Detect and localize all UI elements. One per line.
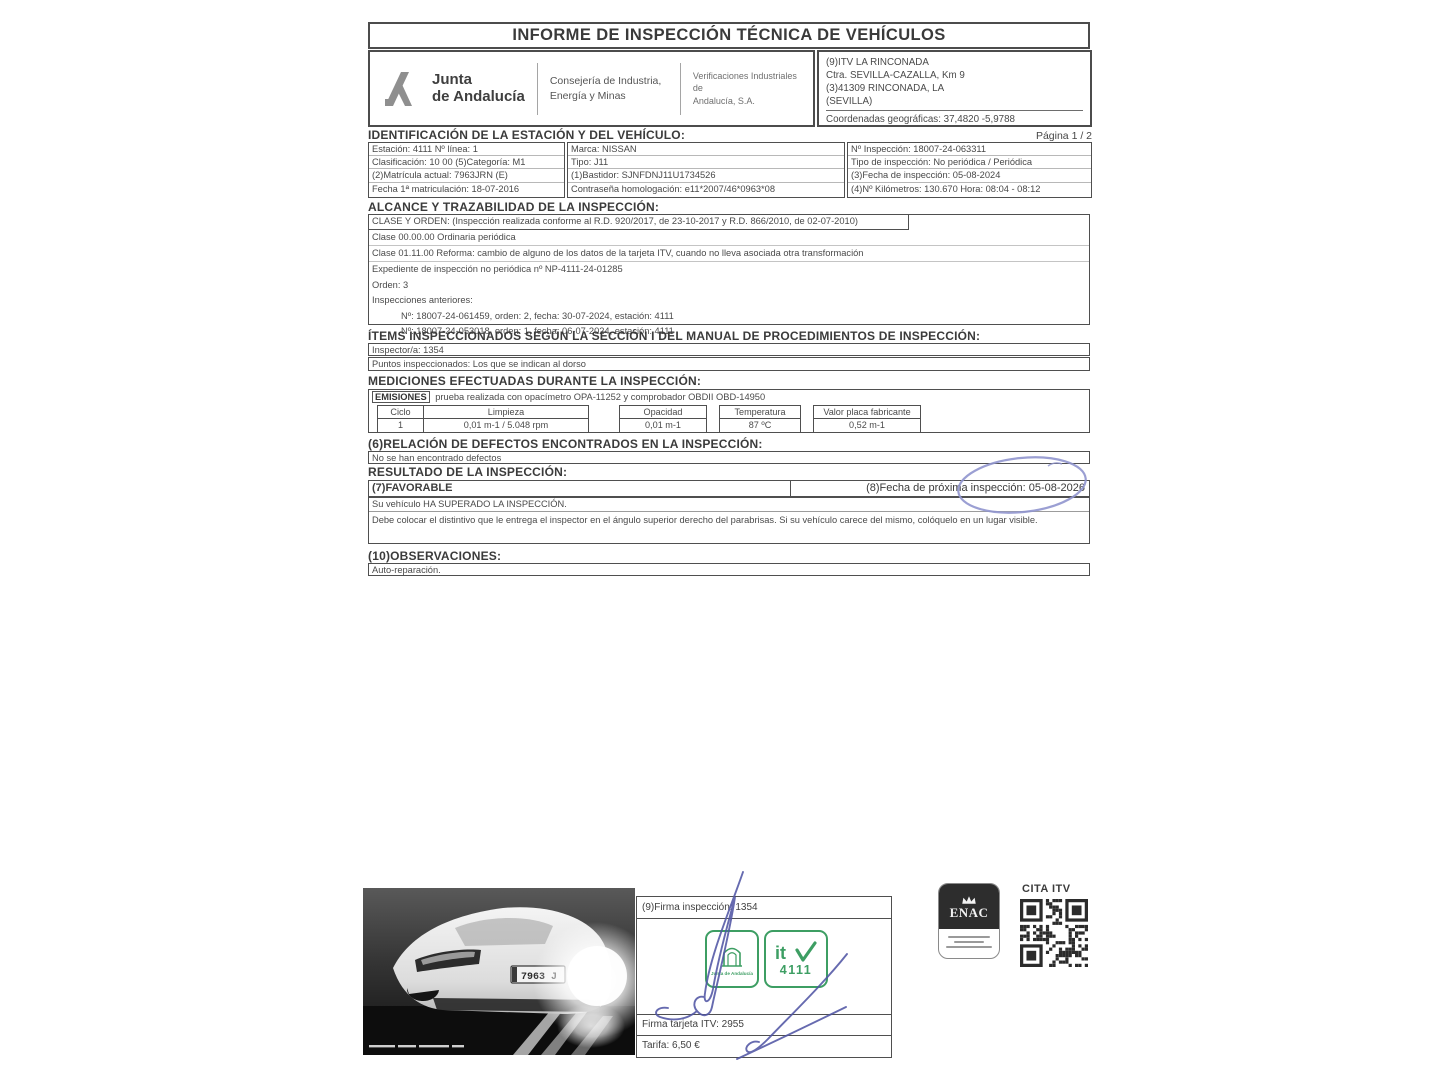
geo-coordinates: Coordenadas geográficas: 37,4820 -5,9788 bbox=[826, 110, 1083, 126]
id-cell: Tipo: J11 bbox=[568, 156, 844, 169]
checkmark-icon bbox=[797, 943, 815, 960]
stamp-station-number: 4111 bbox=[780, 964, 812, 977]
emissions-table: Ciclo Limpieza 1 0,01 m-1 / 5.048 rpm Op… bbox=[377, 405, 921, 433]
emission-header-cell: Opacidad bbox=[620, 406, 706, 418]
org-name: Junta de Andalucía bbox=[432, 72, 525, 106]
id-cell: (4)Nº Kilómetros: 130.670 Hora: 08:04 - … bbox=[848, 183, 1091, 196]
section-title-identificacion: IDENTIFICACIÓN DE LA ESTACIÓN Y DEL VEHÍ… bbox=[368, 128, 685, 142]
section-title-alcance: ALCANCE Y TRAZABILIDAD DE LA INSPECCIÓN: bbox=[368, 200, 659, 214]
defect-result: No se han encontrado defectos bbox=[372, 453, 501, 463]
inspector-box: Inspector/a: 1354 bbox=[368, 343, 1090, 356]
id-table-col-station: Estación: 4111 Nº línea: 1 Clasificación… bbox=[368, 142, 565, 198]
address-line-1: (9)ITV LA RINCONADA bbox=[826, 56, 1083, 69]
superado-line: Su vehículo HA SUPERADO LA INSPECCIÓN. bbox=[369, 498, 1089, 512]
resultado-row: (7)FAVORABLE (8)Fecha de próxima inspecc… bbox=[368, 480, 1090, 497]
enac-label: ENAC bbox=[950, 906, 989, 919]
emisiones-desc: prueba realizada con opacímetro OPA-1125… bbox=[435, 392, 765, 402]
id-cell: (2)Matrícula actual: 7963JRN (E) bbox=[369, 169, 564, 182]
section-title-observaciones: (10)OBSERVACIONES: bbox=[368, 549, 501, 563]
report-title: INFORME DE INSPECCIÓN TÉCNICA DE VEHÍCUL… bbox=[512, 26, 945, 45]
id-cell: Fecha 1ª matriculación: 18-07-2016 bbox=[369, 183, 564, 196]
itv-stamp-right: it 4111 bbox=[764, 930, 828, 988]
address-line-4: (SEVILLA) bbox=[826, 95, 1083, 108]
clase-row: Inspecciones anteriores: bbox=[369, 293, 1089, 308]
emission-value-cell: 0,01 m-1 / 5.048 rpm bbox=[424, 419, 588, 432]
itv-stamp: Junta de Andalucía it 4111 bbox=[705, 930, 828, 988]
clase-orden-header: CLASE Y ORDEN: (Inspección realizada con… bbox=[369, 215, 909, 230]
emission-group-temperatura: Temperatura 87 ºC bbox=[719, 405, 801, 433]
address-line-2: Ctra. SEVILLA-CAZALLA, Km 9 bbox=[826, 69, 1083, 82]
puntos-box: Puntos inspeccionados: Los que se indica… bbox=[368, 357, 1090, 371]
section-title-mediciones: MEDICIONES EFECTUADAS DURANTE LA INSPECC… bbox=[368, 374, 701, 388]
enac-top: ENAC bbox=[939, 884, 999, 929]
itv-inspection-report-page: INFORME DE INSPECCIÓN TÉCNICA DE VEHÍCUL… bbox=[0, 0, 1440, 1080]
id-table-col-vehicle: Marca: NISSAN Tipo: J11 (1)Bastidor: SJN… bbox=[567, 142, 845, 198]
signature-box: (9)Firma inspección: 1354 Junta de Andal… bbox=[636, 896, 892, 1058]
id-table-col-inspection: Nº Inspección: 18007-24-063311 Tipo de i… bbox=[847, 142, 1092, 198]
emisiones-label: EMISIONES bbox=[372, 391, 430, 403]
clase-row: Orden: 3 bbox=[369, 278, 1089, 293]
station-address-box: (9)ITV LA RINCONADA Ctra. SEVILLA-CAZALL… bbox=[817, 50, 1092, 127]
header-divider bbox=[680, 63, 681, 115]
emission-value-cell: 0,01 m-1 bbox=[620, 419, 706, 432]
emission-group-valor-placa: Valor placa fabricante 0,52 m-1 bbox=[813, 405, 921, 433]
emisiones-line: EMISIONES prueba realizada con opacímetr… bbox=[369, 390, 1089, 404]
qr-code bbox=[1020, 899, 1088, 967]
junta-emblem-icon bbox=[720, 942, 744, 970]
emission-value-cell: 0,52 m-1 bbox=[814, 419, 920, 432]
id-cell: Clasificación: 10 00 (5)Categoría: M1 bbox=[369, 156, 564, 169]
tarifa-label: Tarifa: 6,50 € bbox=[637, 1035, 891, 1057]
header-divider bbox=[537, 63, 538, 115]
enac-fine-print bbox=[939, 929, 999, 948]
address-line-3: (3)41309 RINCONADA, LA bbox=[826, 82, 1083, 95]
observaciones-text: Auto-reparación. bbox=[372, 565, 441, 575]
emisiones-box: EMISIONES prueba realizada con opacímetr… bbox=[368, 389, 1090, 433]
emission-group-ciclo-limpieza: Ciclo Limpieza 1 0,01 m-1 / 5.048 rpm bbox=[377, 405, 589, 433]
id-cell: (3)Fecha de inspección: 05-08-2024 bbox=[848, 169, 1091, 182]
emission-value-cell: 1 bbox=[378, 419, 424, 432]
id-cell: Marca: NISSAN bbox=[568, 143, 844, 156]
section-title-resultado: RESULTADO DE LA INSPECCIÓN: bbox=[368, 465, 567, 479]
id-cell: Contraseña homologación: e11*2007/46*096… bbox=[568, 183, 844, 196]
firma-tarjeta-label: Firma tarjeta ITV: 2955 bbox=[637, 1014, 891, 1035]
enac-logo: ENAC bbox=[938, 883, 1000, 959]
id-cell: Estación: 4111 Nº línea: 1 bbox=[369, 143, 564, 156]
next-inspection-date: (8)Fecha de próxima inspección: 05-08-20… bbox=[791, 481, 1089, 496]
svg-text:it: it bbox=[775, 943, 786, 963]
emission-value-cell: 87 ºC bbox=[720, 419, 800, 432]
department-name: Consejería de Industria, Energía y Minas bbox=[550, 74, 668, 103]
junta-logo-icon bbox=[380, 67, 424, 111]
favorable-label: (7)FAVORABLE bbox=[369, 481, 791, 496]
clase-row: Clase 01.11.00 Reforma: cambio de alguno… bbox=[369, 246, 1089, 262]
superado-box: Su vehículo HA SUPERADO LA INSPECCIÓN. D… bbox=[368, 497, 1090, 544]
company-name: Verificaciones Industriales de Andalucía… bbox=[693, 70, 801, 106]
report-title-box: INFORME DE INSPECCIÓN TÉCNICA DE VEHÍCUL… bbox=[368, 22, 1090, 49]
id-cell: Nº Inspección: 18007-24-063311 bbox=[848, 143, 1091, 156]
id-cell: (1)Bastidor: SJNFDNJ11U1734526 bbox=[568, 169, 844, 182]
defect-result-box: No se han encontrado defectos bbox=[368, 451, 1090, 464]
inspector-value: Inspector/a: 1354 bbox=[372, 345, 444, 355]
itv-logo: it bbox=[773, 941, 819, 963]
emission-header-cell: Ciclo bbox=[378, 406, 424, 418]
prev-inspection-row: Nº: 18007-24-061459, orden: 2, fecha: 30… bbox=[369, 309, 1089, 324]
cita-itv-label: CITA ITV bbox=[1022, 883, 1071, 895]
section-title-items: ÍTEMS INSPECCIONADOS SEGÚN LA SECCIÓN I … bbox=[368, 329, 980, 343]
emission-header-cell: Valor placa fabricante bbox=[814, 406, 920, 418]
page-number: Página 1 / 2 bbox=[1036, 130, 1092, 142]
vehicle-photo: 7963 J bbox=[363, 888, 635, 1055]
junta-stamp-emblem: Junta de Andalucía bbox=[705, 930, 759, 988]
identification-header-row: IDENTIFICACIÓN DE LA ESTACIÓN Y DEL VEHÍ… bbox=[368, 128, 1092, 142]
signature-area: Junta de Andalucía it 4111 bbox=[637, 919, 891, 1014]
observaciones-box: Auto-reparación. bbox=[368, 563, 1090, 576]
id-cell: Tipo de inspección: No periódica / Perió… bbox=[848, 156, 1091, 169]
emission-group-opacidad: Opacidad 0,01 m-1 bbox=[619, 405, 707, 433]
header-logo-box: Junta de Andalucía Consejería de Industr… bbox=[368, 50, 815, 127]
puntos-value: Puntos inspeccionados: Los que se indica… bbox=[372, 359, 586, 369]
clase-row: Expediente de inspección no periódica nº… bbox=[369, 262, 1089, 277]
section-title-defectos: (6)RELACIÓN DE DEFECTOS ENCONTRADOS EN L… bbox=[368, 437, 763, 451]
enac-crown-icon bbox=[960, 895, 978, 905]
firma-inspeccion-label: (9)Firma inspección: 1354 bbox=[637, 897, 891, 919]
stamp-org-label: Junta de Andalucía bbox=[711, 971, 753, 976]
clase-row: Clase 00.00.00 Ordinaria periódica bbox=[369, 230, 1089, 246]
clase-orden-box: CLASE Y ORDEN: (Inspección realizada con… bbox=[368, 214, 1090, 325]
emission-header-cell: Limpieza bbox=[424, 406, 588, 418]
distintivo-note: Debe colocar el distintivo que le entreg… bbox=[369, 512, 1077, 529]
emission-header-cell: Temperatura bbox=[720, 406, 800, 418]
